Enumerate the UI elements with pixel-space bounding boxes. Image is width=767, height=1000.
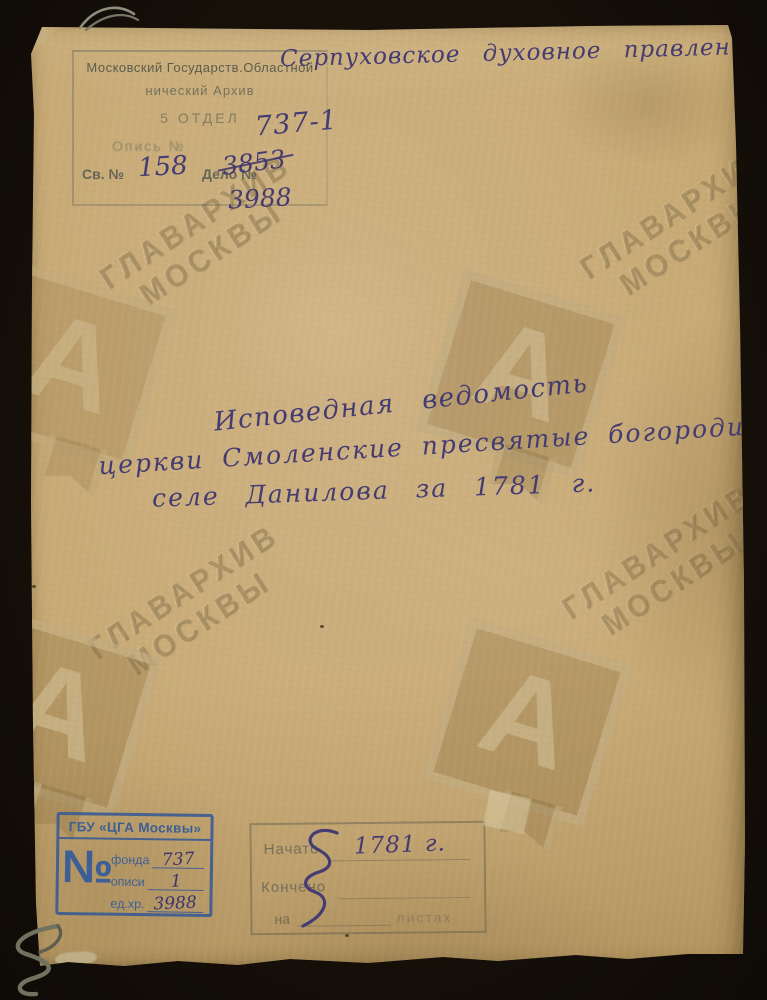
logo-letter: А [0, 639, 118, 781]
modern-stamp-title: ГБУ «ЦГА Москвы» [59, 815, 210, 841]
paper-speck [32, 585, 36, 588]
handwritten-header: Серпуховское духовное правление [280, 34, 762, 73]
row-label: описи [111, 875, 145, 890]
sheets-label: листах [396, 909, 452, 926]
binding-thread-top [76, 0, 142, 32]
paper-speck [320, 625, 324, 628]
tape-patch [483, 790, 532, 834]
old-stamp-sv-label: Св. № [82, 166, 124, 182]
handwritten-value: 1 [170, 873, 181, 890]
old-stamp-numbers-row: Св. № Дело № [82, 166, 326, 182]
binding-thread-bottom [4, 920, 78, 1000]
fill-line [338, 897, 470, 899]
stamp-row-fond: фонда 737 [111, 846, 204, 869]
handwritten-title-line3: селе Данилова за 1781 г. [152, 468, 597, 512]
stamp-row-edhr: ед.хр. 3988 [110, 890, 203, 913]
paper-corner-fold [28, 24, 58, 54]
stamp-row-opis: описи 1 [111, 868, 204, 891]
number-sign: № [62, 843, 112, 890]
on-label: на [274, 911, 290, 927]
row-label: фонда [111, 853, 150, 869]
logo-ribbon [36, 434, 107, 497]
fill-line [332, 859, 470, 861]
logo-letter: А [13, 291, 133, 433]
handwritten-delo-new-number: 3988 [227, 182, 292, 214]
handwritten-year: 1781 г. [354, 830, 447, 859]
glavarhiv-watermark-text: ГЛАВАРХИВ МОСКВЫ [556, 478, 767, 656]
document-cover: ГЛАВАРХИВ МОСКВЫ ГЛАВАРХИВ МОСКВЫ ГЛАВАР… [28, 24, 746, 970]
old-stamp-line2: нический Архив [74, 83, 326, 98]
row-label: ед.хр. [110, 897, 144, 912]
handwritten-brace [291, 826, 351, 936]
archive-stamp-modern: ГБУ «ЦГА Москвы» № фонда 737 описи 1 ед.… [55, 812, 213, 917]
logo-letter: А [468, 647, 588, 789]
row-line: 737 [152, 849, 204, 869]
modern-stamp-rows: фонда 737 описи 1 ед.хр. 3988 [110, 846, 204, 913]
handwritten-value: 737 [162, 851, 195, 869]
row-line: 3988 [147, 893, 203, 913]
handwritten-value: 3988 [154, 895, 198, 914]
handwritten-sv-number: 158 [137, 151, 188, 184]
row-line: 1 [148, 871, 204, 891]
scan-background: { "handwriting": { "header": "Серпуховск… [0, 0, 767, 1000]
glavarhiv-watermark-text: ГЛАВАРХИВ МОСКВЫ [574, 138, 767, 316]
